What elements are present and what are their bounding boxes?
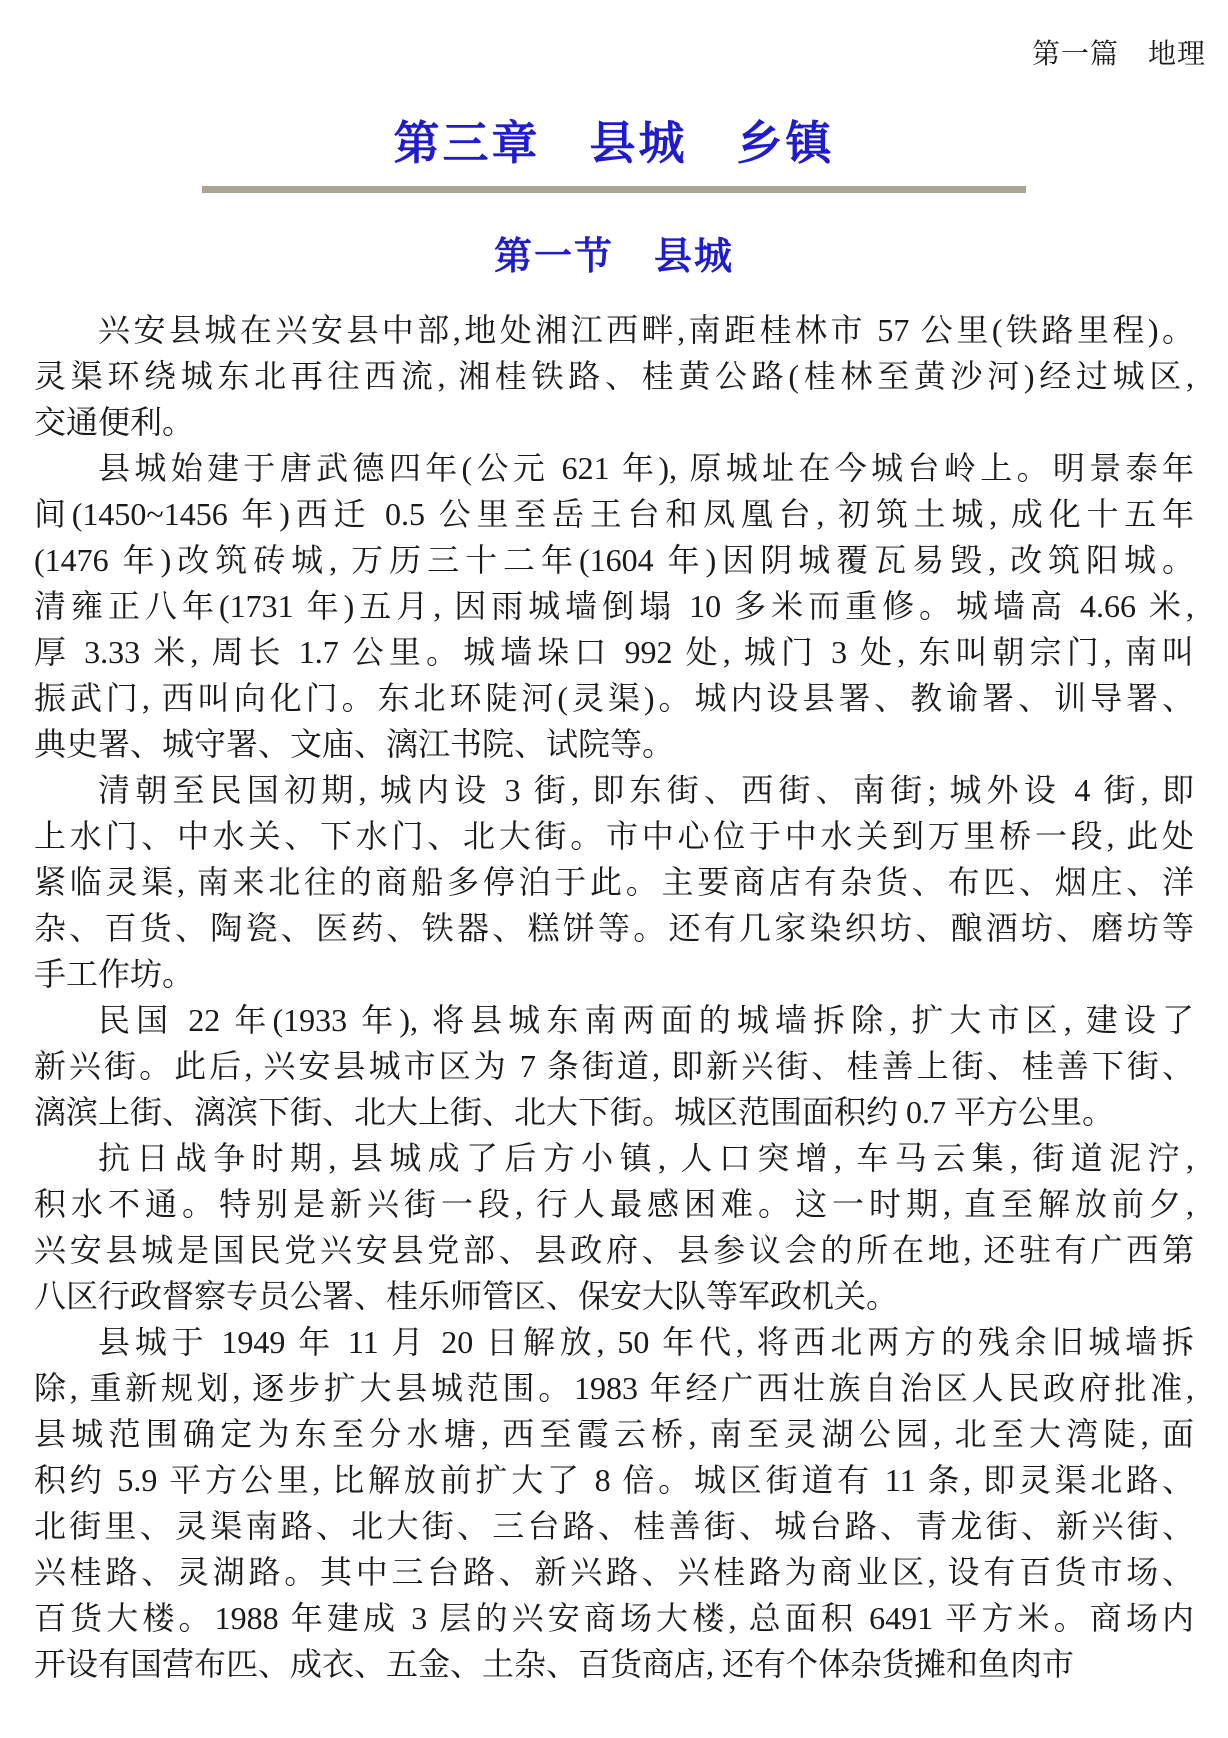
text-line: 积水不通。特别是新兴街一段, 行人最感困难。这一时期, 直至解放前夕, [34,1181,1194,1227]
text-line: 百货大楼。1988 年建成 3 层的兴安商场大楼, 总面积 6491 平方米。商… [34,1595,1194,1641]
text-line: 积约 5.9 平方公里, 比解放前扩大了 8 倍。城区街道有 11 条, 即灵渠… [34,1457,1194,1503]
text-line: 抗日战争时期, 县城成了后方小镇, 人口突增, 车马云集, 街道泥泞, [34,1135,1194,1181]
document-page: 第一篇 地理 第三章 县城 乡镇 第一节 县城 兴安县城在兴安县中部,地处湘江西… [0,0,1228,1738]
text-line: 清雍正八年(1731 年)五月, 因雨城墙倒塌 10 多米而重修。城墙高 4.6… [34,583,1194,629]
text-line: 上水门、中水关、下水门、北大街。市中心位于中水关到万里桥一段, 此处 [34,813,1194,859]
text-line: 除, 重新规划, 逐步扩大县城范围。1983 年经广西壮族自治区人民政府批准, [34,1365,1194,1411]
document-body: 兴安县城在兴安县中部,地处湘江西畔,南距桂林市 57 公里(铁路里程)。灵渠环绕… [0,307,1228,1687]
text-line: 厚 3.33 米, 周长 1.7 公里。城墙垛口 992 处, 城门 3 处, … [34,629,1194,675]
text-line: 典史署、城守署、文庙、漓江书院、试院等。 [34,721,1194,767]
text-line: 县城于 1949 年 11 月 20 日解放, 50 年代, 将西北两方的残余旧… [34,1319,1194,1365]
text-line: 兴桂路、灵湖路。其中三台路、新兴路、兴桂路为商业区, 设有百货市场、 [34,1549,1194,1595]
text-line: 灵渠环绕城东北再往西流, 湘桂铁路、桂黄公路(桂林至黄沙河)经过城区, [34,353,1194,399]
text-line: 北街里、灵渠南路、北大街、三台路、桂善街、城台路、青龙街、新兴街、 [34,1503,1194,1549]
text-line: 县城范围确定为东至分水塘, 西至霞云桥, 南至灵湖公园, 北至大湾陡, 面 [34,1411,1194,1457]
text-line: 振武门, 西叫向化门。东北环陡河(灵渠)。城内设县署、教谕署、训导署、 [34,675,1194,721]
section-title: 第一节 县城 [0,235,1228,279]
text-line: 兴安县城是国民党兴安县党部、县政府、县参议会的所在地, 还驻有广西第 [34,1227,1194,1273]
text-line: 新兴街。此后, 兴安县城市区为 7 条街道, 即新兴街、桂善上街、桂善下街、 [34,1043,1194,1089]
text-line: 八区行政督察专员公署、桂乐师管区、保安大队等军政机关。 [34,1273,1194,1319]
text-line: 县城始建于唐武德四年(公元 621 年), 原城址在今城台岭上。明景泰年 [34,445,1194,491]
text-line: 交通便利。 [34,399,1194,445]
text-line: 间(1450~1456 年)西迁 0.5 公里至岳王台和凤凰台, 初筑土城, 成… [34,491,1194,537]
page-header: 第一篇 地理 [0,40,1228,70]
text-line: 紧临灵渠, 南来北往的商船多停泊于此。主要商店有杂货、布匹、烟庄、洋 [34,859,1194,905]
text-line: 杂、百货、陶瓷、医药、铁器、糕饼等。还有几家染织坊、酿酒坊、磨坊等 [34,905,1194,951]
text-line: 漓滨上街、漓滨下街、北大上街、北大下街。城区范围面积约 0.7 平方公里。 [34,1089,1194,1135]
text-line: 手工作坊。 [34,951,1194,997]
text-line: 开设有国营布匹、成衣、五金、土杂、百货商店, 还有个体杂货摊和鱼肉市 [34,1641,1194,1687]
text-line: (1476 年)改筑砖城, 万历三十二年(1604 年)因阴城覆瓦易毁, 改筑阳… [34,537,1194,583]
text-line: 民国 22 年(1933 年), 将县城东南两面的城墙拆除, 扩大市区, 建设了 [34,997,1194,1043]
chapter-title: 第三章 县城 乡镇 [0,118,1228,170]
text-line: 清朝至民国初期, 城内设 3 街, 即东街、西街、南街; 城外设 4 街, 即 [34,767,1194,813]
text-line: 兴安县城在兴安县中部,地处湘江西畔,南距桂林市 57 公里(铁路里程)。 [34,307,1194,353]
title-divider [202,186,1026,193]
